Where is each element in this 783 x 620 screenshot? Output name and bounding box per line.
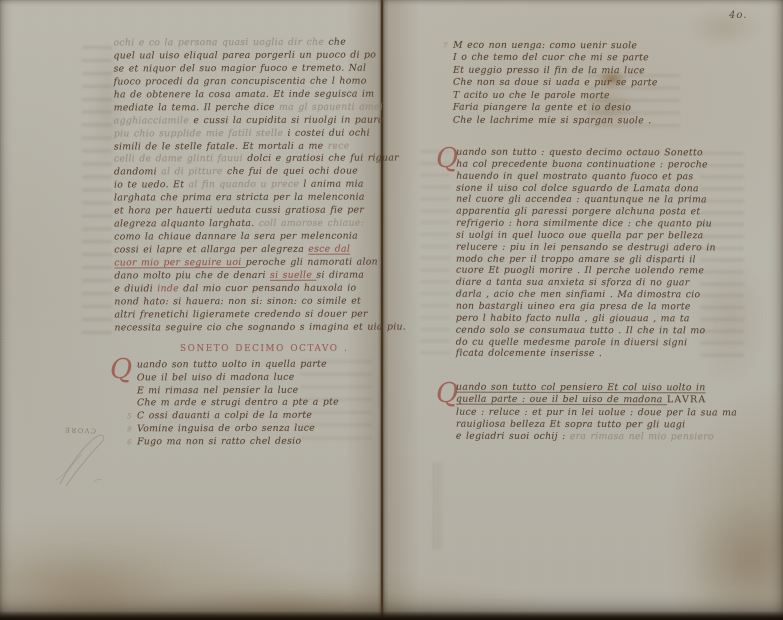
manuscript-line: Che non sa doue si uada e pur se parte bbox=[443, 77, 658, 90]
manuscript-line: altri frenetichi ligieramete credendo si… bbox=[114, 308, 376, 322]
text-segment: che bbox=[328, 37, 346, 48]
text-segment: quella parte : oue il bel uiso de madona bbox=[456, 394, 667, 406]
manuscript-line: agghiacciamile e cussi la cupidita si ri… bbox=[114, 114, 376, 128]
text-segment: si uolgi in quel luoco oue quella par pe… bbox=[456, 230, 703, 242]
text-segment: luce : reluce : et pur in lei uolue : do… bbox=[456, 406, 737, 418]
text-segment: dandomi bbox=[114, 167, 161, 178]
right-page-closing-paragraph: uando son tutto col pensiero Et col uiso… bbox=[456, 382, 706, 444]
manuscript-line: sione il uiso col dolce sguardo de Lamat… bbox=[456, 182, 706, 194]
text-segment: agghiacciamile bbox=[114, 115, 194, 126]
text-segment: dolci e gratiosi che fui riguar bbox=[247, 153, 399, 165]
manuscript-line: uando son tutto : questo decimo octauo S… bbox=[456, 147, 706, 159]
manuscript-line: ha de obtenere la cosa amata. Et inde se… bbox=[114, 88, 376, 102]
verse-mark: 5 bbox=[127, 410, 137, 423]
manuscript-line: I o che temo del cuor che mi se parte bbox=[443, 52, 658, 65]
verso-showthrough bbox=[700, 152, 744, 360]
manuscript-line: dandomi al di pitture che fui de quei oc… bbox=[114, 166, 376, 180]
text-segment: nel cuore gli accendea : quantunque ne l… bbox=[456, 194, 707, 206]
manuscript-line: cuor mio per seguire uoi peroche gli nam… bbox=[114, 256, 376, 270]
right-page-sonnet: 7M eco non uenga: como uenir suoleI o ch… bbox=[443, 40, 658, 128]
manuscript-line: e legiadri suoi ochij : era rimasa nel m… bbox=[456, 431, 706, 444]
text-segment: Oue il bel uiso di madona luce bbox=[137, 372, 295, 384]
text-segment: larghata che prima era stricta per la me… bbox=[114, 192, 365, 204]
manuscript-line: quella parte : oue il bel uiso de madona… bbox=[456, 394, 706, 407]
pencil-scribble bbox=[46, 430, 141, 490]
text-segment: hauendo in quel mostrato quanto fuoco et… bbox=[456, 170, 693, 182]
text-segment: et hora per hauerti ueduta cussi gratios… bbox=[114, 205, 364, 217]
manuscript-line: E mi rimasa nel pensier la luce bbox=[127, 384, 339, 397]
verso-showthrough bbox=[420, 150, 450, 360]
text-segment: Che non sa doue si uada e pur se parte bbox=[453, 77, 658, 89]
manuscript-line: quel ual uiso eliqual parea porgerli un … bbox=[114, 49, 376, 63]
text-segment: uando son tutto : questo decimo octauo S… bbox=[456, 147, 703, 159]
manuscript-line: larghata che prima era stricta per la me… bbox=[114, 192, 376, 206]
manuscript-line: 7M eco non uenga: como uenir suole bbox=[443, 40, 658, 53]
manuscript-line: fuoco procedi da gran concupiscentia che… bbox=[114, 75, 376, 89]
text-segment: inde bbox=[157, 283, 183, 294]
manuscript-line: uando son tutto col pensiero Et col uiso… bbox=[456, 382, 706, 395]
text-segment: LAVRA bbox=[667, 395, 707, 406]
text-segment: piu chio supplide mie fatili stelle bbox=[114, 127, 288, 139]
manuscript-line: cuore Et puogli morire . Il perche uolen… bbox=[456, 265, 706, 277]
text-segment: se et niquor del suo magior fuoco e trem… bbox=[114, 62, 367, 74]
text-segment: cuore Et puogli morire . Il perche uolen… bbox=[456, 265, 704, 277]
text-segment: ha col precedente buona continuatione : … bbox=[456, 159, 708, 171]
manuscript-line: se et niquor del suo magior fuoco e trem… bbox=[114, 62, 376, 76]
manuscript-line: ha col precedente buona continuatione : … bbox=[456, 159, 706, 171]
text-segment: ha de obtenere la cosa amata. Et inde se… bbox=[114, 88, 375, 100]
text-segment: non bastargli uineo era gia presa de la … bbox=[456, 301, 691, 313]
manuscript-line: hauendo in quel mostrato quanto fuoco et… bbox=[456, 170, 706, 182]
text-segment: como la chiaue dannare la sera per melen… bbox=[114, 231, 358, 243]
manuscript-line: nel cuore gli accendea : quantunque ne l… bbox=[456, 194, 706, 206]
text-segment: esce dal bbox=[308, 244, 350, 255]
text-segment: ficata dolcemente inserisse . bbox=[456, 348, 602, 359]
manuscript-line: dano molto piu che de denari si suelle s… bbox=[114, 269, 376, 283]
manuscript-line: 6Fugo ma non si ratto chel desio bbox=[127, 435, 339, 448]
manuscript-line: cendo solo se consumaua tutto . Il che i… bbox=[456, 324, 706, 336]
manuscript-line: T acito uo che le parole morte bbox=[443, 89, 658, 102]
text-segment: si dirama bbox=[316, 269, 364, 280]
text-segment: e cussi la cupidita si riuolgi in paura bbox=[193, 114, 384, 126]
manuscript-line: nond hato: si hauera: non si: sinon: co … bbox=[114, 295, 376, 309]
manuscript-line: Faria piangere la gente et io desio bbox=[443, 102, 658, 115]
manuscript-line: ficata dolcemente inserisse . bbox=[456, 348, 706, 360]
manuscript-line: rauigliosa belleza Et sopra tutto per gl… bbox=[456, 419, 706, 432]
manuscript-line: do cu quelle medesme parole in diuersi s… bbox=[456, 336, 706, 348]
text-segment: cendo solo se consumaua tutto . Il che i… bbox=[456, 324, 706, 336]
text-segment: e diuidi bbox=[114, 283, 157, 294]
manuscript-line: diare a tanta sua anxieta si sforza di n… bbox=[456, 277, 706, 289]
binding-gutter bbox=[381, 0, 383, 620]
manuscript-line: 5C ossi dauanti a colpi de la morte bbox=[127, 410, 339, 423]
text-segment: relucere : piu in lei pensando se destru… bbox=[456, 241, 716, 253]
manuscript-line: non bastargli uineo era gia presa de la … bbox=[456, 301, 706, 313]
page-bottom-edge bbox=[0, 611, 783, 620]
right-page-commentary: uando son tutto : questo decimo octauo S… bbox=[456, 147, 707, 361]
text-segment: darla , acio che men sinfiami . Ma dimos… bbox=[456, 289, 701, 301]
text-segment: quel ual uiso eliqual parea porgerli un … bbox=[114, 49, 377, 61]
manuscript-line: luce : reluce : et pur in lei uolue : do… bbox=[456, 406, 706, 419]
text-segment: alegreza alquanto larghata. bbox=[114, 218, 259, 230]
text-segment: era rimasa nel mio pensiero bbox=[570, 431, 714, 442]
manuscript-line: refrigerio : hora similmente dice : che … bbox=[456, 218, 706, 230]
text-segment: dano molto piu che de denari bbox=[114, 270, 270, 282]
text-segment: celli de dame glinti fauui bbox=[114, 153, 247, 164]
manuscript-line: Et ueggio presso il fin de la mia luce bbox=[443, 65, 658, 78]
manuscript-line: si uolgi in quel luoco oue quella par pe… bbox=[456, 230, 706, 242]
manuscript-line: celli de dame glinti fauui dolci e grati… bbox=[114, 153, 376, 167]
text-segment: E mi rimasa nel pensier la luce bbox=[137, 384, 299, 396]
text-segment: peroche gli namorati alon bbox=[246, 256, 378, 267]
text-segment: altri frenetichi ligieramete credendo si… bbox=[114, 308, 367, 320]
text-segment: al fin quando u prece bbox=[188, 179, 303, 190]
text-segment: necessita seguire cio che sognando s ima… bbox=[114, 321, 406, 333]
manuscript-line: 9Vomine inguisa de orbo senza luce bbox=[127, 422, 339, 435]
verse-mark: 7 bbox=[443, 40, 453, 52]
manuscript-photo: 4o. ochi e co la persona quasi uoglia di… bbox=[0, 0, 783, 620]
text-segment: C ossi dauanti a colpi de la morte bbox=[137, 410, 312, 422]
manuscript-line: et hora per hauerti ueduta cussi gratios… bbox=[114, 205, 376, 219]
text-segment: l anima mia bbox=[303, 179, 363, 190]
text-segment: ochi e co la persona bbox=[113, 37, 222, 48]
parchment-stain bbox=[686, 6, 762, 48]
text-segment: uando son tutto uolto in quella parte bbox=[137, 359, 327, 371]
verso-showthrough bbox=[82, 46, 112, 338]
text-segment: simili de le stelle fatale. Et mortali a… bbox=[114, 140, 328, 152]
text-segment: T acito uo che le parole morte bbox=[453, 89, 610, 100]
manuscript-line: mediate la tema. Il perche dice ma gl sp… bbox=[114, 101, 376, 115]
text-segment: i costei dui ochi bbox=[287, 127, 369, 138]
text-segment: cuor mio per seguire uoi bbox=[114, 257, 246, 268]
left-page-commentary: ochi e co la persona quasi uoglia dir ch… bbox=[113, 37, 376, 335]
manuscript-line: modo che per il troppo amare se gli disp… bbox=[456, 253, 706, 265]
manuscript-line: Oue il bel uiso di madona luce bbox=[127, 371, 339, 384]
left-page-sonnet: uando son tutto uolto in quella parteOue… bbox=[127, 359, 339, 449]
text-segment: Che le lachrime mie si spargan suole . bbox=[453, 114, 652, 126]
manuscript-line: Che m arde e strugi dentro a pte a pte bbox=[127, 397, 339, 410]
text-segment: Et ueggio presso il fin de la mia luce bbox=[453, 65, 645, 77]
text-segment: rece bbox=[328, 140, 350, 151]
text-segment: cossi ei lapre et allarga per alegreza bbox=[114, 244, 308, 256]
verso-showthrough bbox=[433, 462, 442, 550]
text-segment: coll amorose chiaue: bbox=[259, 218, 364, 229]
text-segment: modo che per il troppo amare se gli disp… bbox=[456, 253, 696, 265]
text-segment: quasi uoglia dir che bbox=[222, 37, 328, 48]
manuscript-line: Che le lachrime mie si spargan suole . bbox=[443, 114, 658, 127]
text-segment: Che m arde e strugi dentro a pte a pte bbox=[137, 397, 339, 409]
text-segment: Fugo ma non si ratto chel desio bbox=[137, 435, 301, 447]
manuscript-line: alegreza alquanto larghata. coll amorose… bbox=[114, 218, 376, 232]
manuscript-line: e diuidi inde dal mio cuor pensando haux… bbox=[114, 282, 376, 296]
text-segment: mediate la tema. Il perche dice bbox=[114, 102, 279, 114]
manuscript-line: pero l habito facto nulla , gli giouaua … bbox=[456, 312, 706, 324]
text-segment: pero l habito facto nulla , gli giouaua … bbox=[456, 312, 690, 324]
text-segment: apparentia gli paressi porgere alchuna p… bbox=[456, 206, 700, 218]
sonnet-heading-rubric: SONETO DECIMO OCTAVO . bbox=[180, 344, 348, 354]
text-segment: diare a tanta sua anxieta si sforza di n… bbox=[456, 277, 690, 289]
text-segment: dal mio cuor pensando hauxola io bbox=[183, 282, 356, 294]
text-segment: si suelle bbox=[270, 270, 316, 281]
manuscript-line: necessita seguire cio che sognando s ima… bbox=[114, 321, 376, 335]
folio-number: 4o. bbox=[729, 10, 747, 21]
text-segment: fuoco procedi da gran concupiscentia che… bbox=[114, 75, 367, 87]
text-segment: al di pitture bbox=[161, 166, 227, 177]
text-segment: che fui de quei ochi doue bbox=[227, 166, 358, 177]
text-segment: uando son tutto col pensiero Et col uiso… bbox=[456, 382, 706, 394]
manuscript-line: cossi ei lapre et allarga per alegreza e… bbox=[114, 244, 376, 258]
manuscript-line: ochi e co la persona quasi uoglia dir ch… bbox=[113, 37, 375, 51]
manuscript-line: piu chio supplide mie fatili stelle i co… bbox=[114, 127, 376, 141]
text-segment: Faria piangere la gente et io desio bbox=[453, 102, 631, 113]
manuscript-line: apparentia gli paressi porgere alchuna p… bbox=[456, 206, 706, 218]
text-segment: sione il uiso col dolce sguardo de Lamat… bbox=[456, 182, 699, 194]
manuscript-line: simili de le stelle fatale. Et mortali a… bbox=[114, 140, 376, 154]
text-segment: nond hato: si hauera: non si: sinon: co … bbox=[114, 295, 361, 307]
text-segment: rauigliosa belleza Et sopra tutto per gl… bbox=[456, 419, 685, 431]
manuscript-line: como la chiaue dannare la sera per melen… bbox=[114, 231, 376, 245]
parchment-stain bbox=[0, 548, 180, 620]
text-segment: refrigerio : hora similmente dice : che … bbox=[456, 218, 712, 230]
manuscript-line: relucere : piu in lei pensando se destru… bbox=[456, 241, 706, 253]
parchment-stain bbox=[690, 500, 783, 620]
text-segment: M eco non uenga: como uenir suole bbox=[453, 40, 637, 51]
text-segment: io te uedo. Et bbox=[114, 180, 189, 191]
manuscript-line: uando son tutto uolto in quella parte bbox=[127, 359, 339, 372]
manuscript-line: darla , acio che men sinfiami . Ma dimos… bbox=[456, 289, 706, 301]
decorated-initial: Q bbox=[436, 145, 458, 172]
text-segment: Vomine inguisa de orbo senza luce bbox=[137, 422, 315, 434]
decorated-initial: Q bbox=[436, 380, 458, 407]
text-segment: do cu quelle medesme parole in diuersi s… bbox=[456, 336, 688, 348]
text-segment: e legiadri suoi ochij : bbox=[456, 431, 570, 442]
text-segment: I o che temo del cuor che mi se parte bbox=[453, 52, 649, 64]
manuscript-line: io te uedo. Et al fin quando u prece l a… bbox=[114, 179, 376, 193]
text-segment: ma gl spauenti amei bbox=[279, 101, 383, 112]
